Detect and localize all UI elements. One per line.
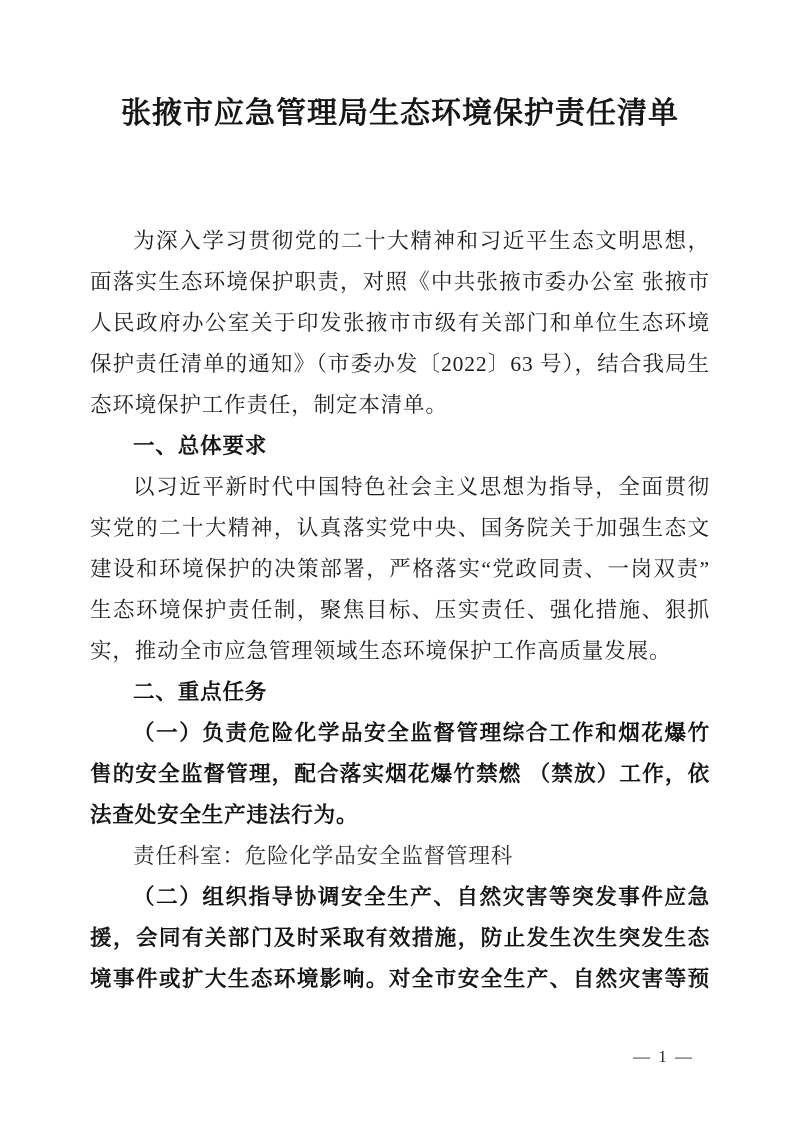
document-title: 张掖市应急管理局生态环境保护责任清单 xyxy=(90,95,710,133)
document-body: 为深入学习贯彻党的二十大精神和习近平生态文明思想，全 面落实生态环境保护职责，对… xyxy=(90,221,710,1000)
paragraph-intro: 为深入学习贯彻党的二十大精神和习近平生态文明思想，全 面落实生态环境保护职责，对… xyxy=(90,221,710,426)
section-heading-overall-requirements: 一、总体要求 xyxy=(90,426,710,467)
text-line: （一）负责危险化学品安全监督管理综合工作和烟花爆竹销 xyxy=(90,713,710,754)
heading-text: 二、重点任务 xyxy=(90,672,710,713)
text-line: 实，推动全市应急管理领域生态环境保护工作高质量发展。 xyxy=(90,631,710,672)
text-line: 责任科室：危险化学品安全监督管理科 xyxy=(90,836,710,877)
text-line: 法查处安全生产违法行为。 xyxy=(90,795,710,836)
page-number: — 1 — xyxy=(633,1047,694,1066)
text-line: 生态环境保护责任制，聚焦目标、压实责任、强化措施、狠抓落 xyxy=(90,590,710,631)
text-line: 实党的二十大精神，认真落实党中央、国务院关于加强生态文明 xyxy=(90,508,710,549)
text-line: 建设和环境保护的决策部署，严格落实“党政同责、一岗双责” xyxy=(90,549,710,590)
text-line: 售的安全监督管理，配合落实烟花爆竹禁燃 （禁放）工作，依 xyxy=(90,754,710,795)
section-heading-key-tasks: 二、重点任务 xyxy=(90,672,710,713)
text-line: 面落实生态环境保护职责，对照《中共张掖市委办公室 张掖市 xyxy=(90,262,710,303)
heading-text: 一、总体要求 xyxy=(90,426,710,467)
paragraph-overall-requirements: 以习近平新时代中国特色社会主义思想为指导，全面贯彻落 实党的二十大精神，认真落实… xyxy=(90,467,710,672)
text-line: 为深入学习贯彻党的二十大精神和习近平生态文明思想，全 xyxy=(90,221,710,262)
responsible-department-line: 责任科室：危险化学品安全监督管理科 xyxy=(90,836,710,877)
text-line: 保护责任清单的通知》（市委办发〔2022〕63 号），结合我局生 xyxy=(90,344,710,385)
text-line: 态环境保护工作责任，制定本清单。 xyxy=(90,385,710,426)
document-page: 张掖市应急管理局生态环境保护责任清单 为深入学习贯彻党的二十大精神和习近平生态文… xyxy=(0,0,794,1122)
page-footer: — 1 — xyxy=(633,1047,694,1067)
text-line: 人民政府办公室关于印发张掖市市级有关部门和单位生态环境 xyxy=(90,303,710,344)
text-line: （二）组织指导协调安全生产、自然灾害等突发事件应急救 xyxy=(90,877,710,918)
task-item-2: （二）组织指导协调安全生产、自然灾害等突发事件应急救 援，会同有关部门及时采取有… xyxy=(90,877,710,1000)
text-line: 援，会同有关部门及时采取有效措施，防止发生次生突发生态环 xyxy=(90,918,710,959)
text-line: 以习近平新时代中国特色社会主义思想为指导，全面贯彻落 xyxy=(90,467,710,508)
text-line: 境事件或扩大生态环境影响。对全市安全生产、自然灾害等预案 xyxy=(90,959,710,1000)
task-item-1: （一）负责危险化学品安全监督管理综合工作和烟花爆竹销 售的安全监督管理，配合落实… xyxy=(90,713,710,836)
